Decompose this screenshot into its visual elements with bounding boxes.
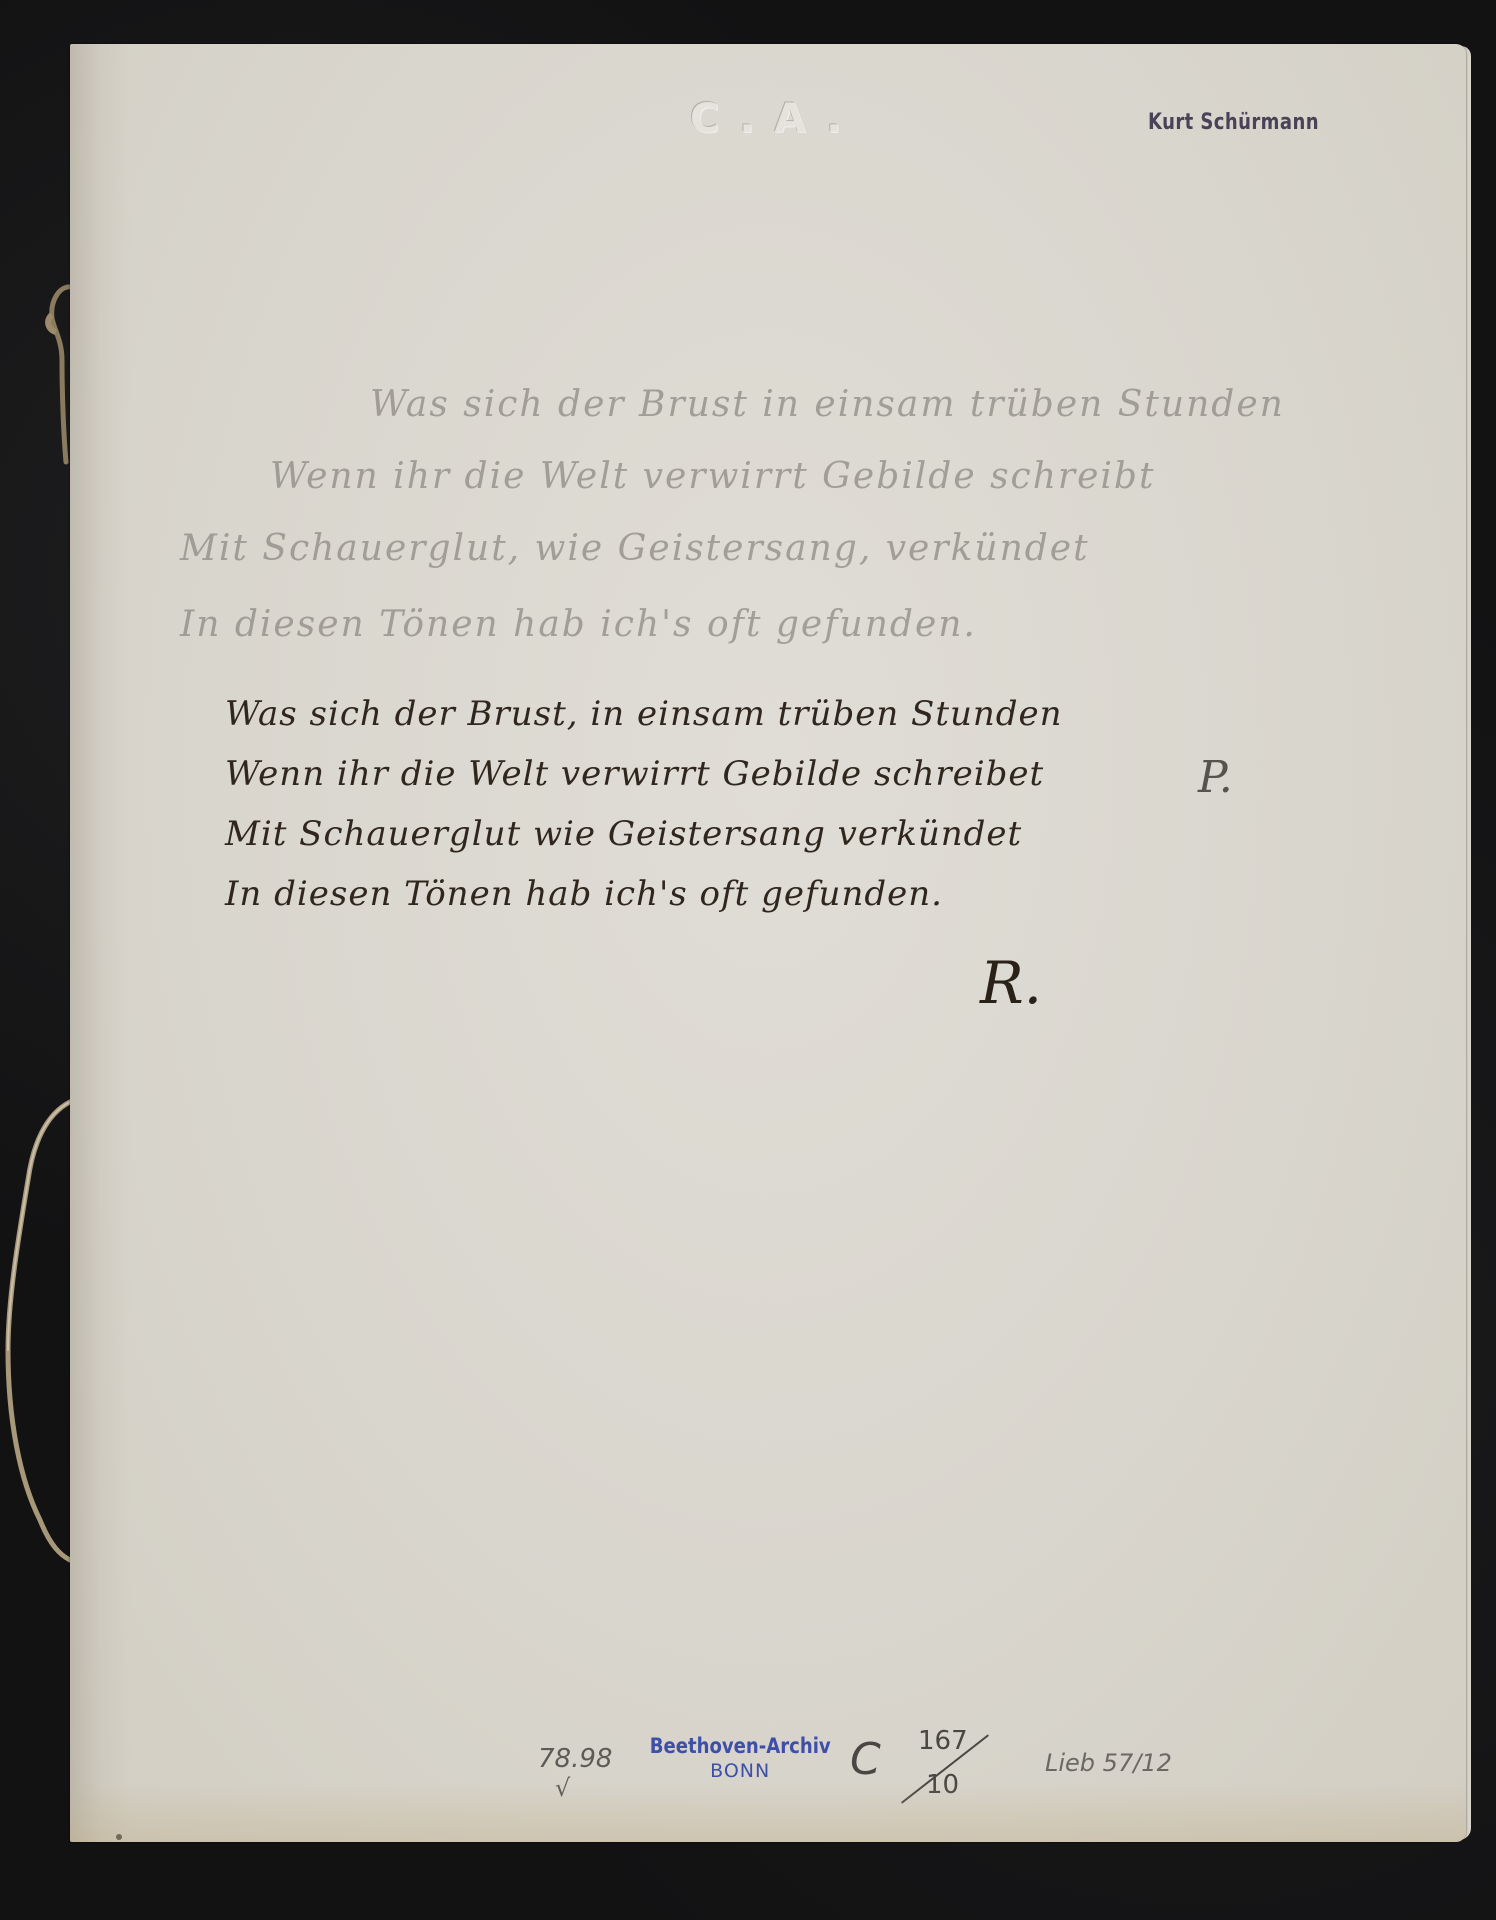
ink-speck: [116, 1834, 122, 1840]
pencil-number-right: Lieb 57/12: [1045, 1749, 1172, 1777]
manuscript-page: C.A. Kurt Schürmann Was sich der Brust i…: [70, 44, 1466, 1842]
pencil-draft-line-4: In diesen Tönen hab ich's oft gefunden.: [180, 604, 977, 645]
archive-stamp: Beethoven-Archiv BONN: [635, 1734, 845, 1782]
shelfmark-prefix: C: [850, 1734, 881, 1785]
ink-poem-line-4: In diesen Tönen hab ich's oft gefunden.: [225, 874, 943, 914]
pencil-draft-line-1: Was sich der Brust in einsam trüben Stun…: [370, 384, 1285, 425]
pencil-draft-line-3: Mit Schauerglut, wie Geistersang, verkün…: [180, 528, 1090, 569]
shelfmark-denominator: 10: [926, 1770, 959, 1800]
archive-stamp-city: BONN: [635, 1760, 845, 1782]
signature-initial: R.: [980, 949, 1042, 1017]
ink-poem-line-1: Was sich der Brust, in einsam trüben Stu…: [225, 694, 1063, 734]
pencil-draft-line-2: Wenn ihr die Welt verwirrt Gebilde schre…: [270, 456, 1155, 497]
shelfmark: C 167 10: [850, 1726, 970, 1816]
shelfmark-numerator: 167: [918, 1726, 968, 1756]
pencil-checkmark: √: [555, 1774, 570, 1802]
ink-poem-line-3: Mit Schauerglut wie Geistersang verkünde…: [225, 814, 1022, 854]
archive-stamp-name: Beethoven-Archiv: [650, 1734, 831, 1758]
pencil-number-left: 78.98: [538, 1744, 612, 1774]
owner-stamp: Kurt Schürmann: [1148, 110, 1319, 135]
margin-mark: P.: [1198, 752, 1233, 803]
ink-poem-line-2: Wenn ihr die Welt verwirrt Gebilde schre…: [225, 754, 1044, 794]
embossed-stamp: C.A.: [690, 96, 861, 142]
